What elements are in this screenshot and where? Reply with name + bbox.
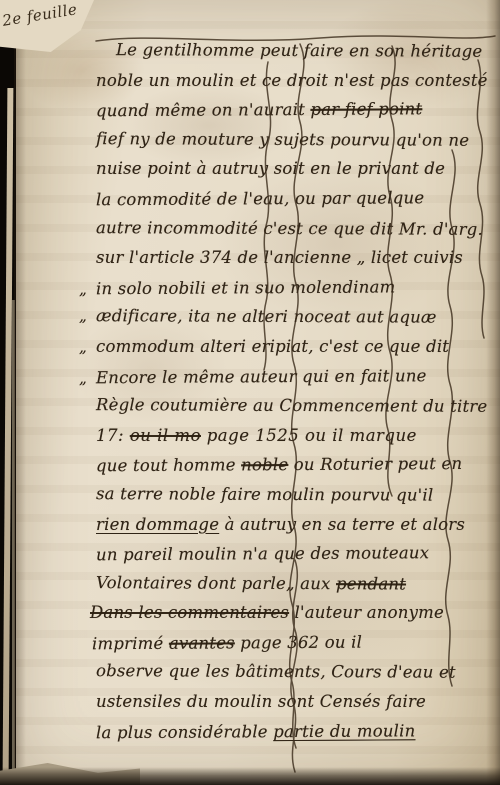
manuscript-line: rien dommage à autruy en sa terre et alo…: [96, 510, 494, 540]
line-text: à autruy en sa terre et alors: [219, 515, 465, 534]
manuscript-line: la commodité de l'eau, ou par quelque: [96, 183, 494, 215]
binding-shadow: [14, 0, 26, 785]
manuscript-line: la plus considérable partie du moulin: [96, 715, 494, 747]
line-text: fief ny de mouture y sujets pourvu qu'on…: [96, 129, 469, 150]
line-text: page 362 ou il: [235, 632, 362, 652]
manuscript-line: „ædificare, ita ne alteri noceat aut aqu…: [96, 301, 494, 332]
struck-text: Dans les commentaires: [90, 603, 289, 622]
manuscript-line: imprimé avantes page 362 ou il: [92, 627, 494, 659]
line-text: sur l'article 374 de l'ancienne „ licet …: [96, 248, 463, 267]
manuscript-line: 17: ou il mo page 1525 ou il marque: [96, 421, 494, 451]
manuscript-line: autre incommodité c'est ce que dit Mr. d…: [96, 213, 494, 244]
manuscript-line: Volontaires dont parle„ aux pendant: [96, 568, 494, 599]
struck-text: pendant: [336, 574, 406, 593]
manuscript-line: Dans les commentaires l'auteur anonyme: [90, 598, 494, 628]
underlined-text: rien dommage: [96, 515, 219, 534]
manuscript-line: fief ny de mouture y sujets pourvu qu'on…: [96, 124, 494, 155]
margin-quote-mark: „: [79, 275, 87, 305]
line-text: Règle coutumière au Commencement du titr…: [96, 395, 487, 416]
manuscript-line: sa terre noble faire moulin pourvu qu'il: [96, 479, 494, 510]
struck-text: avantes: [169, 633, 235, 652]
line-text: ou Roturier peut en: [288, 454, 462, 474]
line-text: que tout homme: [96, 456, 241, 476]
line-text: Le gentilhomme peut faire en son héritag…: [116, 40, 482, 61]
manuscript-line: un pareil moulin n'a que des mouteaux: [96, 538, 494, 570]
line-text: imprimé: [92, 634, 169, 653]
manuscript-line: nuise point à autruy soit en le privant …: [96, 154, 494, 184]
line-text: Volontaires dont parle„ aux: [96, 573, 336, 593]
line-text: in solo nobili et in suo molendinam: [96, 277, 396, 298]
manuscript-line: Règle coutumière au Commencement du titr…: [96, 390, 494, 421]
line-text: la plus considérable: [96, 722, 273, 742]
manuscript-line: noble un moulin et ce droit n'est pas co…: [96, 66, 494, 96]
struck-text: noble: [241, 455, 288, 474]
margin-quote-mark: „: [79, 302, 87, 332]
manuscript-line: que tout homme noble ou Roturier peut en: [96, 449, 494, 481]
line-text: sa terre noble faire moulin pourvu qu'il: [96, 484, 433, 504]
text-block: Le gentilhomme peut faire en son héritag…: [96, 36, 494, 746]
manuscript-scan: 2e feuille Le gentilhomme peut faire en …: [0, 0, 500, 785]
line-text: autre incommodité c'est ce que dit Mr. d…: [96, 218, 483, 239]
line-text: nuise point à autruy soit en le privant …: [96, 159, 445, 178]
line-text: ustensiles du moulin sont Censés faire: [96, 692, 426, 711]
manuscript-line: ustensiles du moulin sont Censés faire: [96, 687, 494, 717]
line-text: commodum alteri eripiat, c'est ce que di…: [96, 337, 449, 356]
line-text: noble un moulin et ce droit n'est pas co…: [96, 71, 488, 90]
bottom-shadow: [0, 767, 500, 785]
manuscript-line: observe que les bâtiments, Cours d'eau e…: [96, 657, 494, 688]
manuscript-line: „in solo nobili et in suo molendinam: [96, 272, 494, 304]
margin-quote-mark: „: [79, 364, 87, 394]
line-text: l'auteur anonyme: [289, 603, 444, 622]
line-text: un pareil moulin n'a que des mouteaux: [96, 543, 429, 564]
manuscript-line: sur l'article 374 de l'ancienne „ licet …: [96, 243, 494, 273]
margin-quote-mark: „: [79, 333, 87, 363]
line-text: observe que les bâtiments, Cours d'eau e…: [96, 662, 456, 683]
line-text: page 1525 ou il marque: [201, 426, 417, 445]
struck-text: ou il mo: [130, 426, 201, 445]
struck-text: par fief point: [310, 99, 422, 119]
line-text: 17:: [96, 426, 130, 445]
manuscript-line: „Encore le même auteur qui en fait une: [96, 360, 494, 392]
line-text: ædificare, ita ne alteri noceat aut aquæ: [96, 306, 437, 326]
manuscript-line: Le gentilhomme peut faire en son héritag…: [116, 35, 494, 66]
underlined-text: partie du moulin: [273, 721, 415, 741]
manuscript-line: „commodum alteri eripiat, c'est ce que d…: [96, 332, 494, 362]
line-text: quand même on n'aurait: [96, 100, 311, 120]
manuscript-line: quand même on n'aurait par fief point: [96, 94, 494, 126]
line-text: Encore le même auteur qui en fait une: [96, 366, 427, 387]
line-text: la commodité de l'eau, ou par quelque: [96, 188, 424, 209]
